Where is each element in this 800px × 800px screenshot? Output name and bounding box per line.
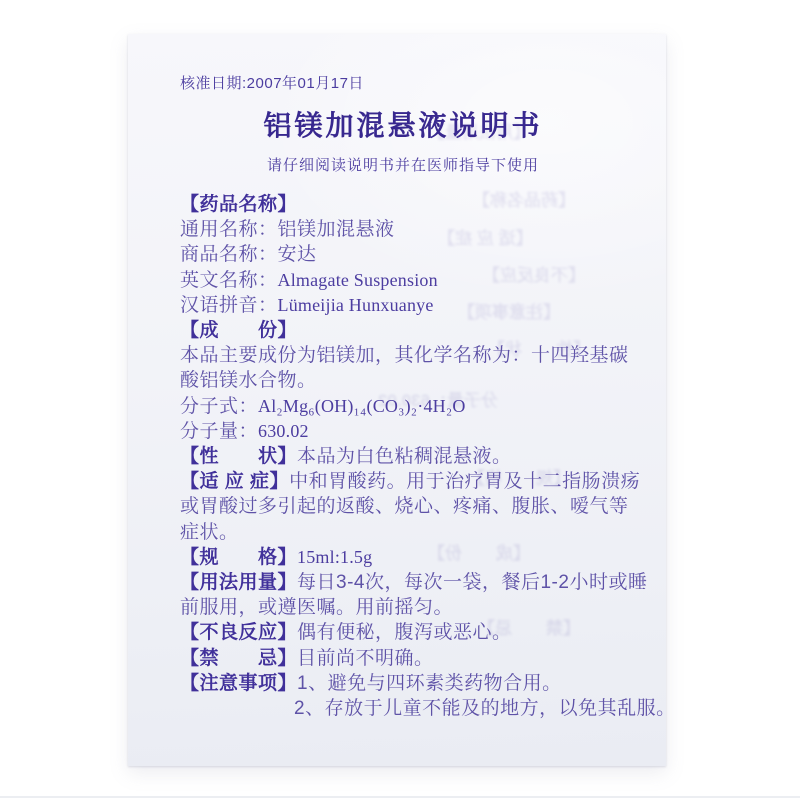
section-precautions: 【注意事项】1、避免与四环素类药物合用。	[180, 671, 626, 696]
line-text: 每日3-4次，每次一袋，餐后1-2小时或睡	[297, 572, 647, 593]
composition-text-line: 本品主要成份为铝镁加，其化学名称为：十四羟基碳	[180, 343, 626, 368]
leaflet-title: 铝镁加混悬液说明书	[180, 104, 626, 144]
leaflet-subtitle: 请仔细阅读说明书并在医师指导下使用	[180, 154, 626, 175]
generic-name-line: 通用名称：铝镁加混悬液	[180, 217, 626, 242]
line-text: 本品主要成份为铝镁加，其化学名称为：十四羟基碳	[180, 345, 629, 366]
trade-name-line: 商品名称：安达	[180, 242, 626, 267]
section-bracket-label: 【药品名称】	[180, 194, 297, 215]
section-heading-composition: 【成 份】	[180, 318, 626, 343]
section-heading-drug-name: 【药品名称】	[180, 192, 626, 217]
line-latin-text: 630.02	[258, 421, 309, 441]
section-contraindications: 【禁 忌】目前尚不明确。	[180, 646, 626, 671]
leaflet-body: 【药品名称】 通用名称：铝镁加混悬液 商品名称：安达 英文名称：Almagate…	[180, 192, 626, 721]
line-text: 汉语拼音：	[180, 295, 278, 316]
english-name-line: 英文名称：Almagate Suspension	[180, 268, 626, 293]
leaflet-content: 核准日期:2007年01月17日 铝镁加混悬液说明书 请仔细阅读说明书并在医师指…	[128, 72, 666, 721]
section-dosage: 【用法用量】每日3-4次，每次一袋，餐后1-2小时或睡	[180, 570, 626, 595]
formula-text: Al₂Mg₆(OH)₁₄(CO₃)₂·4H₂O	[258, 396, 466, 416]
line-latin-text: Almagate Suspension	[278, 270, 438, 290]
line-text: 商品名称：安达	[180, 244, 317, 265]
molecular-formula-line: 分子式：Al₂Mg₆(OH)₁₄(CO₃)₂·4H₂O	[180, 394, 626, 419]
line-text: 酸铝镁水合物。	[180, 370, 317, 391]
indications-text-line: 症状。	[180, 520, 626, 545]
precautions-item-line: 2、存放于儿童不能及的地方，以免其乱服。	[180, 696, 626, 721]
line-text: 1、避免与四环素类药物合用。	[297, 673, 562, 694]
line-text: 2、存放于儿童不能及的地方，以免其乱服。	[294, 698, 666, 719]
line-text: 中和胃酸药。用于治疗胃及十二指肠溃疡	[289, 471, 640, 492]
photo-edge-line	[0, 796, 800, 798]
leaflet-photo: 【用法用量】 【药品名称】 【适 应 症】 【不良反应】 【注意事项】 【性 状…	[0, 0, 800, 800]
section-bracket-label: 【成 份】	[180, 320, 297, 341]
line-text: 英文名称：	[180, 270, 278, 291]
molecular-weight-line: 分子量：630.02	[180, 419, 626, 444]
section-bracket-label: 【用法用量】	[180, 572, 297, 593]
line-latin-text: 15ml:1.5g	[297, 547, 372, 567]
section-strength: 【规 格】15ml:1.5g	[180, 545, 626, 570]
section-adverse-reactions: 【不良反应】偶有便秘，腹泻或恶心。	[180, 620, 626, 645]
composition-text-line: 酸铝镁水合物。	[180, 368, 626, 393]
line-text: 前服用，或遵医嘱。用前摇匀。	[180, 597, 453, 618]
section-bracket-label: 【注意事项】	[180, 673, 297, 694]
line-text: 偶有便秘，腹泻或恶心。	[297, 622, 512, 643]
line-text: 目前尚不明确。	[297, 648, 434, 669]
section-bracket-label: 【适 应 症】	[180, 471, 289, 492]
section-bracket-label: 【禁 忌】	[180, 648, 297, 669]
section-description: 【性 状】本品为白色粘稠混悬液。	[180, 444, 626, 469]
dosage-text-line: 前服用，或遵医嘱。用前摇匀。	[180, 595, 626, 620]
line-text: 症状。	[180, 522, 239, 543]
leaflet-paper: 【用法用量】 【药品名称】 【适 应 症】 【不良反应】 【注意事项】 【性 状…	[128, 34, 666, 766]
section-bracket-label: 【规 格】	[180, 547, 297, 568]
line-text: 分子式：	[180, 396, 258, 417]
approval-date: 核准日期:2007年01月17日	[180, 72, 626, 93]
line-text: 通用名称：铝镁加混悬液	[180, 219, 395, 240]
line-text: 分子量：	[180, 421, 258, 442]
line-text: 本品为白色粘稠混悬液。	[297, 446, 512, 467]
indications-text-line: 或胃酸过多引起的返酸、烧心、疼痛、腹胀、嗳气等	[180, 494, 626, 519]
line-latin-text: Lümeijia Hunxuanye	[278, 295, 434, 315]
pinyin-line: 汉语拼音：Lümeijia Hunxuanye	[180, 293, 626, 318]
section-bracket-label: 【性 状】	[180, 446, 297, 467]
section-indications: 【适 应 症】中和胃酸药。用于治疗胃及十二指肠溃疡	[180, 469, 626, 494]
section-bracket-label: 【不良反应】	[180, 622, 297, 643]
line-text: 或胃酸过多引起的返酸、烧心、疼痛、腹胀、嗳气等	[180, 496, 629, 517]
